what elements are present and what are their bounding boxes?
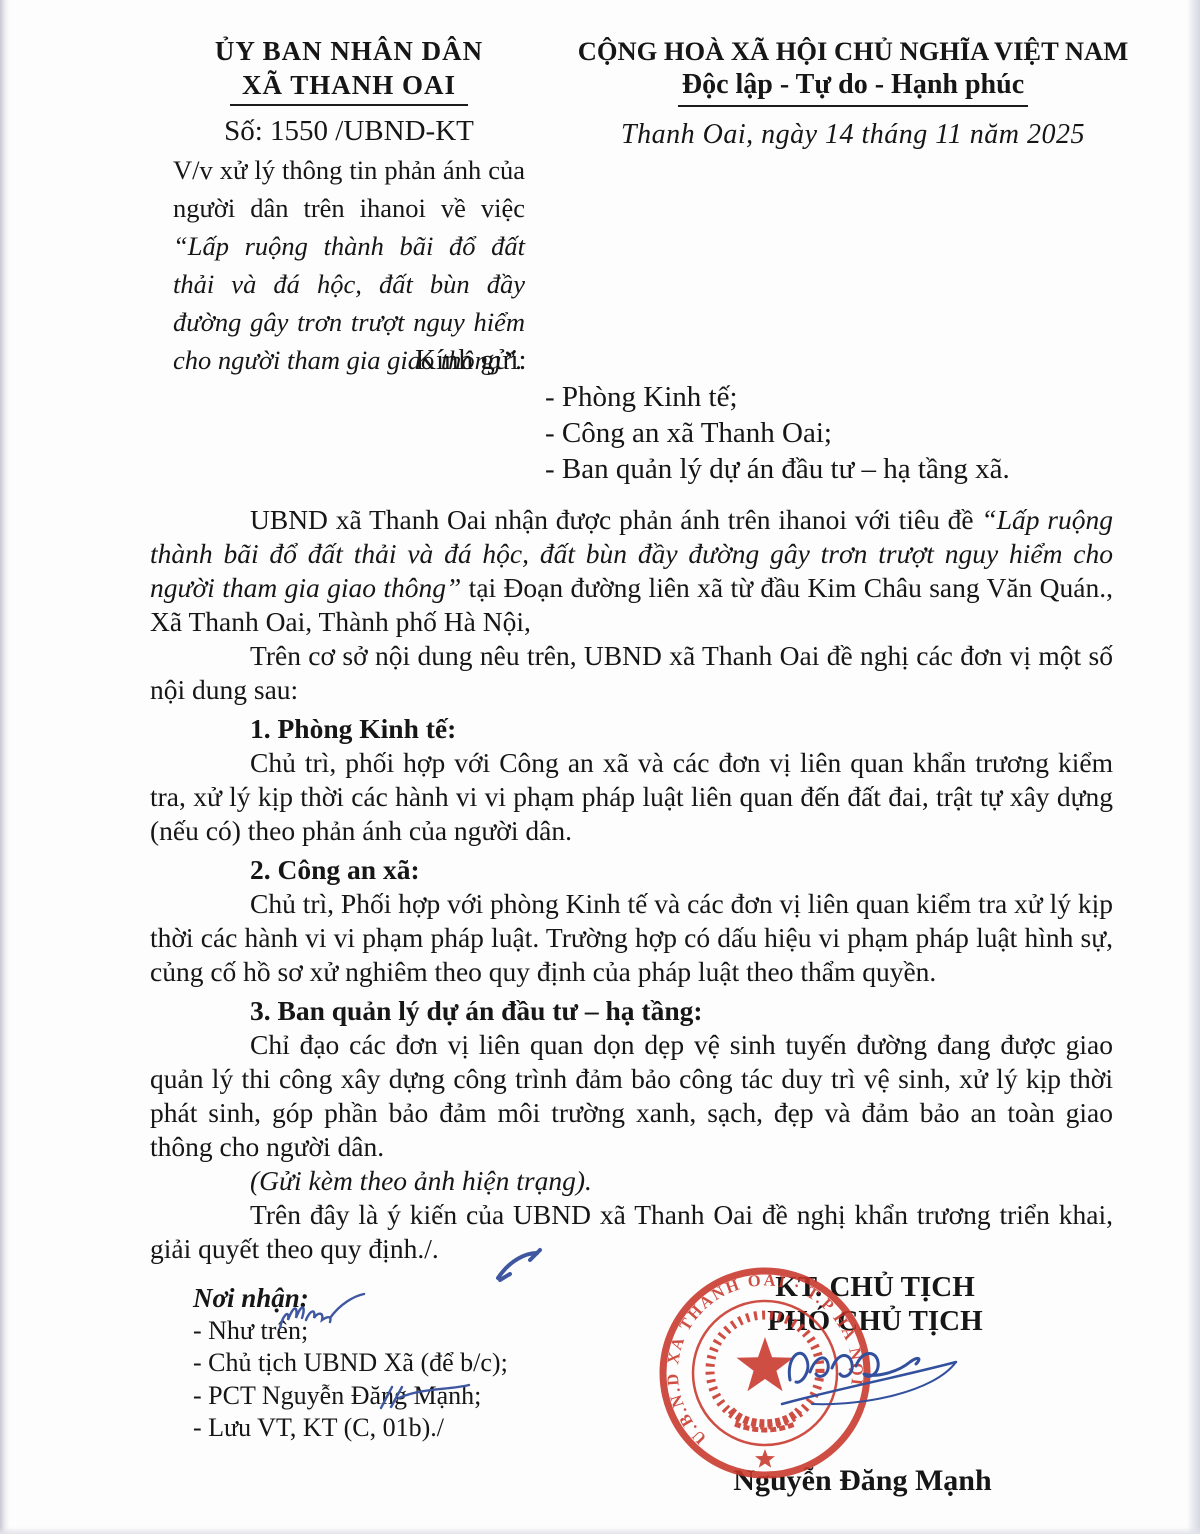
document-body: UBND xã Thanh Oai nhận được phản ánh trê… — [150, 503, 1113, 1266]
subject-prefix: V/v xử lý thông tin phản ánh của người d… — [173, 155, 525, 223]
issuing-authority-line2-wrap: XÃ THANH OAI — [150, 70, 548, 106]
section-2-heading: 2. Công an xã: — [150, 853, 1113, 887]
section-2-text: Chủ trì, Phối hợp với phòng Kinh tế và c… — [150, 887, 1113, 989]
recipients-footer-item: - Chủ tịch UBND Xã (để b/c); — [193, 1347, 508, 1380]
intro-normal1: UBND xã Thanh Oai nhận được phản ánh trê… — [250, 504, 981, 535]
handwritten-signature — [778, 1320, 963, 1425]
section-3-text: Chỉ đạo các đơn vị liên quan dọn dẹp vệ … — [150, 1028, 1113, 1164]
national-motto-wrap: Độc lập - Tự do - Hạnh phúc — [558, 69, 1148, 107]
official-document-page: ỦY BAN NHÂN DÂN XÃ THANH OAI Số: 1550 /U… — [0, 0, 1200, 1534]
seal-bottom-star — [755, 1449, 775, 1468]
national-title: CỘNG HOÀ XÃ HỘI CHỦ NGHĨA VIỆT NAM — [558, 36, 1148, 67]
issuing-authority-block: ỦY BAN NHÂN DÂN XÃ THANH OAI Số: 1550 /U… — [150, 36, 548, 379]
national-motto: Độc lập - Tự do - Hạnh phúc — [678, 69, 1028, 107]
issuing-authority-line1: ỦY BAN NHÂN DÂN — [150, 36, 548, 67]
recipient-item: - Phòng Kinh tế; — [545, 379, 1010, 415]
handwritten-initials — [272, 1290, 367, 1340]
salutation-items: - Phòng Kinh tế; - Công an xã Thanh Oai;… — [545, 379, 1010, 487]
scan-edge-right — [1187, 0, 1200, 1534]
intro-paragraph: UBND xã Thanh Oai nhận được phản ánh trê… — [150, 503, 1113, 639]
recipients-footer-item: - Lưu VT, KT (C, 01b)./ — [193, 1412, 508, 1445]
closing-paragraph: Trên đây là ý kiến của UBND xã Thanh Oai… — [150, 1198, 1113, 1266]
scan-edge-left — [0, 0, 10, 1534]
handwritten-pen-mark — [490, 1244, 548, 1286]
section-3-heading: 3. Ban quản lý dự án đầu tư – hạ tầng: — [150, 994, 1113, 1028]
section-1-heading: 1. Phòng Kinh tế: — [150, 712, 1113, 746]
document-number: Số: 1550 /UBND-KT — [150, 115, 548, 148]
salutation-block: Kính gửi: - Phòng Kinh tế; - Công an xã … — [415, 342, 1010, 487]
attachment-note: (Gửi kèm theo ảnh hiện trạng). — [150, 1164, 1113, 1198]
national-motto-block: CỘNG HOÀ XÃ HỘI CHỦ NGHĨA VIỆT NAM Độc l… — [558, 36, 1148, 151]
issuing-authority-line2: XÃ THANH OAI — [230, 70, 468, 106]
salutation-label: Kính gửi: — [415, 342, 1010, 378]
date-line: Thanh Oai, ngày 14 tháng 11 năm 2025 — [558, 119, 1148, 151]
recipient-item: - Công an xã Thanh Oai; — [545, 415, 1010, 451]
scan-edge-bottom — [0, 1527, 1200, 1534]
section-1-text: Chủ trì, phối hợp với Công an xã và các … — [150, 746, 1113, 848]
handwritten-flourish — [375, 1380, 473, 1412]
recipient-item: - Ban quản lý dự án đầu tư – hạ tầng xã. — [545, 451, 1010, 487]
basis-paragraph: Trên cơ sở nội dung nêu trên, UBND xã Th… — [150, 639, 1113, 707]
